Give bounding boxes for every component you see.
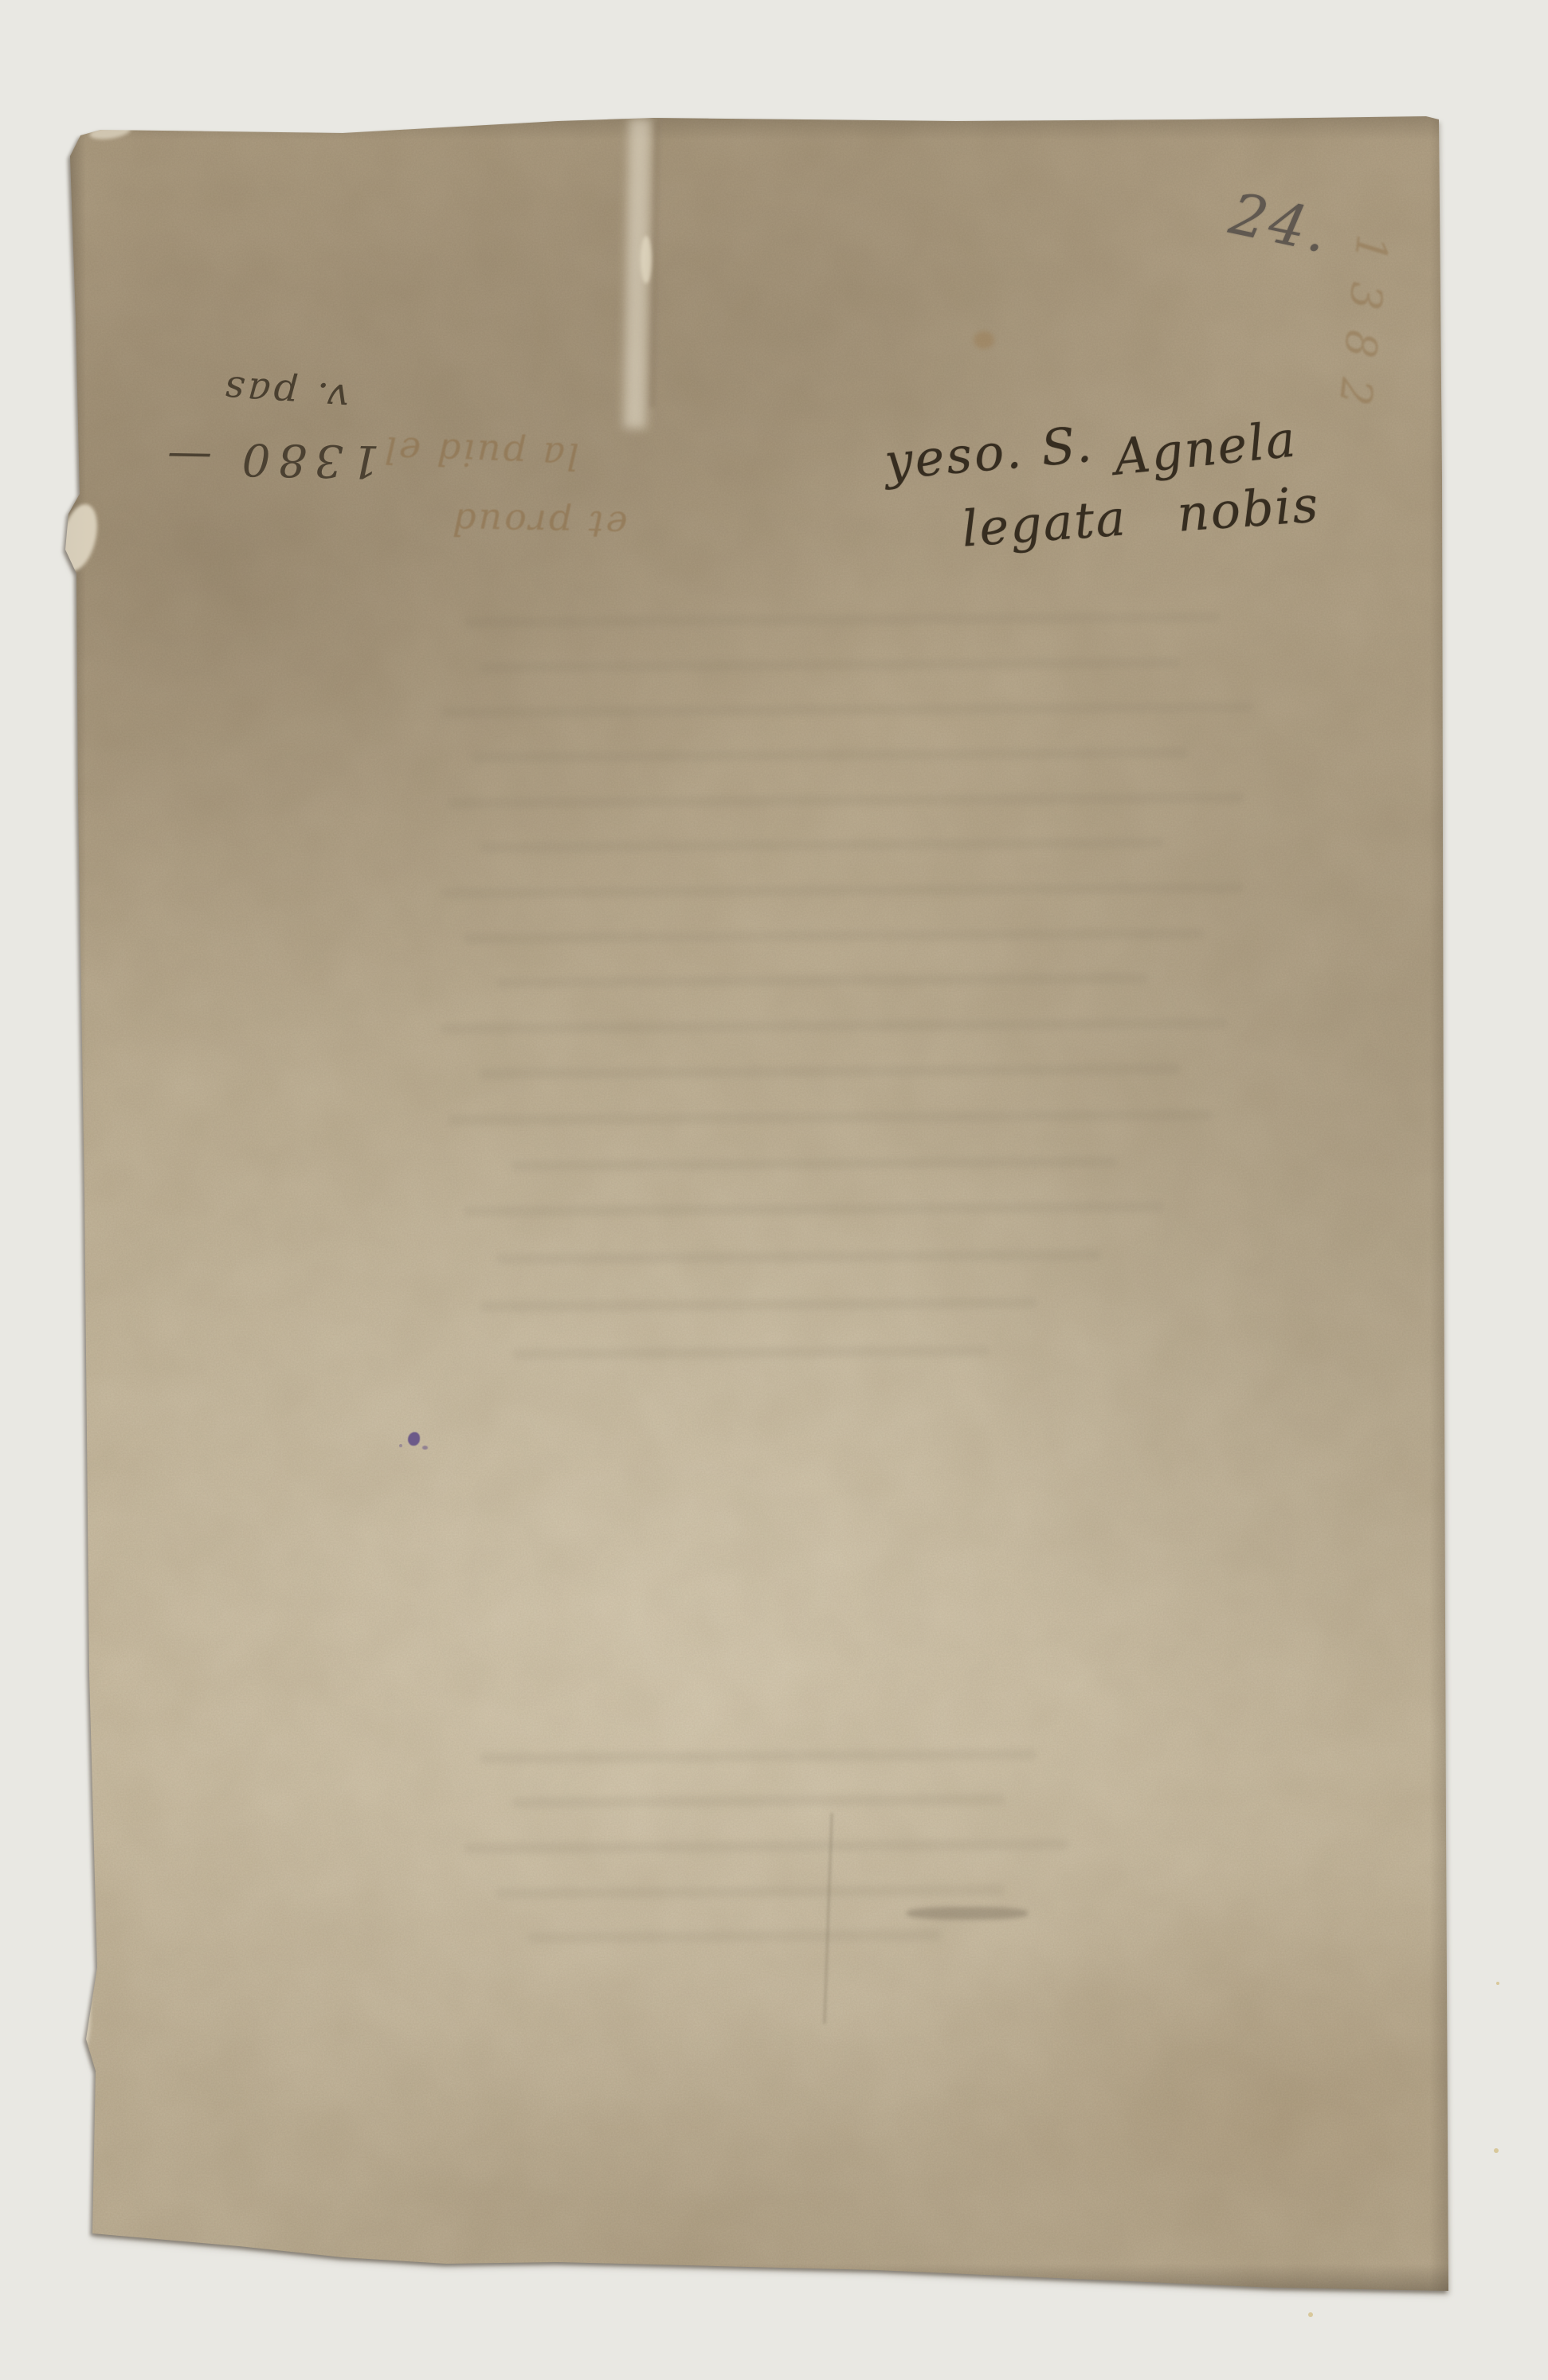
- violet-ink-blot: [408, 1432, 420, 1446]
- top-edge-fiber: [641, 236, 652, 284]
- faint-rotated-script-line1: la puid el: [382, 429, 579, 479]
- faint-rotated-script-line2: et proud: [450, 500, 628, 546]
- bed-speck: [1494, 2148, 1499, 2153]
- left-edge-tear-lower: [70, 1966, 91, 2053]
- bed-speck: [1496, 1982, 1499, 1985]
- violet-ink-blot-dot: [399, 1444, 402, 1447]
- parchment-shadow-wrap: 24. yeso. S. Agnela legata nobis v. pas …: [0, 0, 1548, 2380]
- rotated-year-annotation: 1380 —: [159, 432, 379, 487]
- rust-stain-spot: [974, 331, 994, 349]
- parchment-document: 24. yeso. S. Agnela legata nobis v. pas …: [65, 116, 1448, 2291]
- scanner-bed: 24. yeso. S. Agnela legata nobis v. pas …: [0, 0, 1548, 2380]
- ink-smudge: [907, 1907, 1028, 1920]
- rotated-flourish-annotation: v. pas: [220, 366, 350, 420]
- bed-speck: [1308, 2312, 1313, 2317]
- violet-ink-blot-satellite: [422, 1446, 428, 1450]
